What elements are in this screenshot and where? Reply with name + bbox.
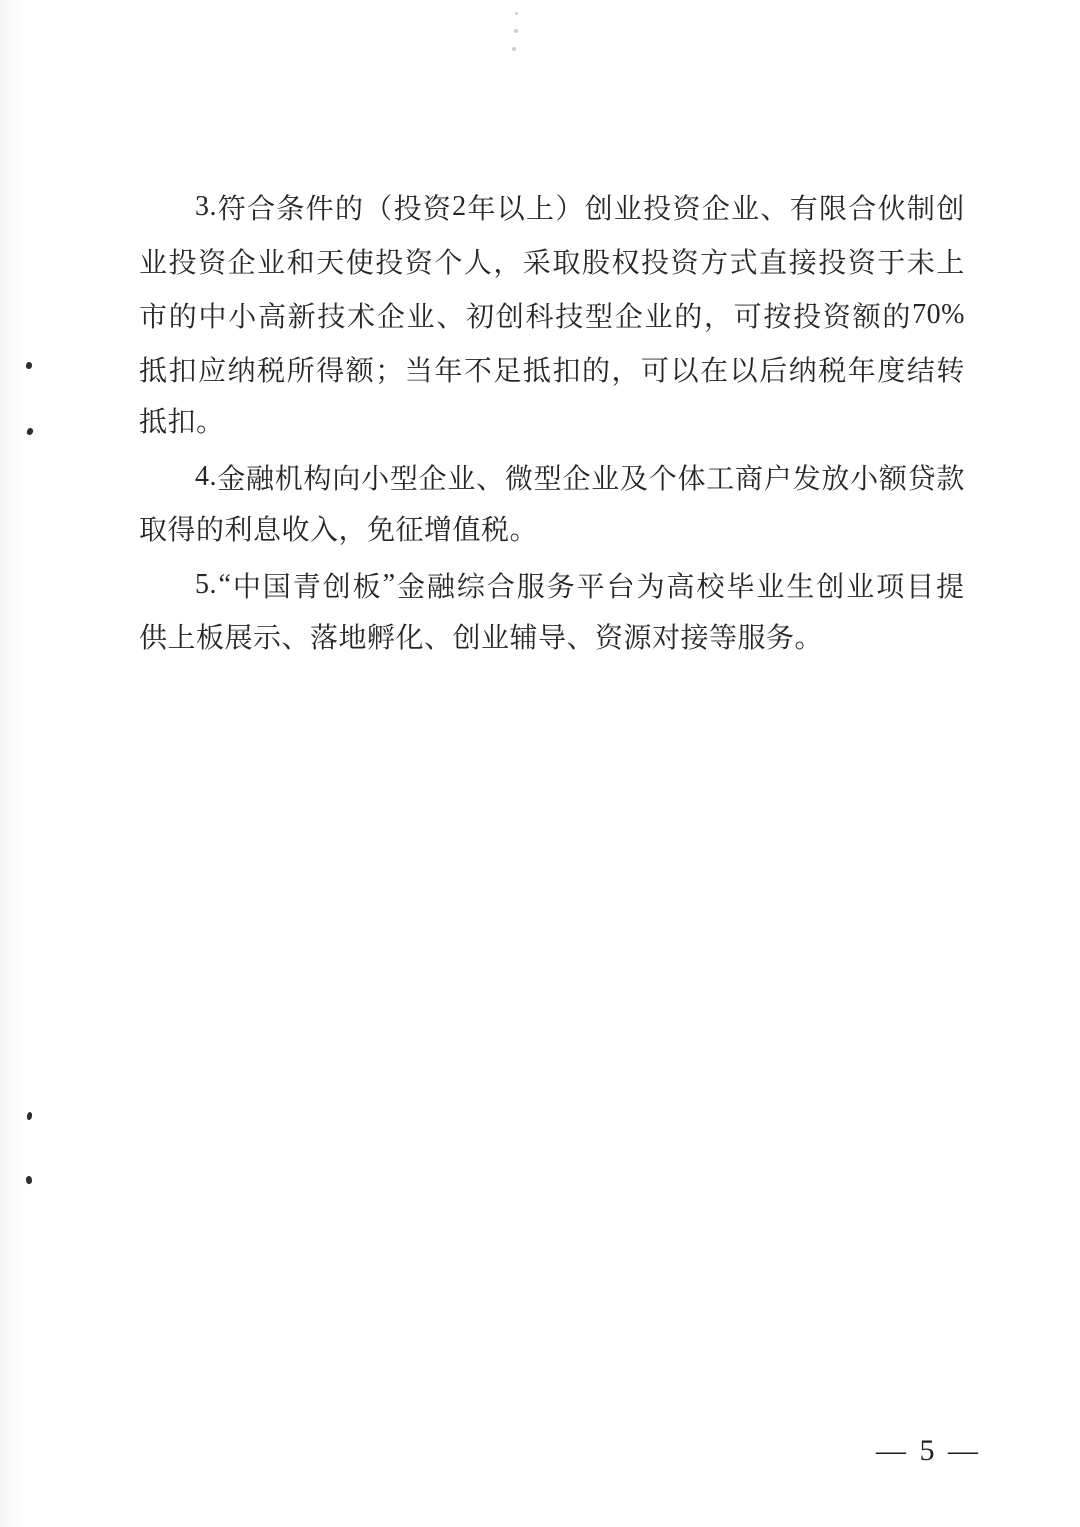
body-line: 5.“中国青创板”金融综合服务平台为高校毕业生创业项目提	[139, 558, 965, 612]
scan-speck	[26, 1112, 32, 1121]
body-line: 抵扣应纳税所得额；当年不足抵扣的，可以在以后纳税年度结转	[139, 342, 965, 396]
body-line: 抵扣。	[139, 396, 965, 450]
scan-edge-shade	[0, 0, 26, 1527]
document-body: 3.符合条件的（投资2年以上）创业投资企业、有限合伙制创 业投资企业和天使投资个…	[139, 180, 965, 666]
page-number: — 5 —	[876, 1434, 981, 1468]
scan-speck	[26, 427, 34, 436]
body-line: 4.金融机构向小型企业、微型企业及个体工商户发放小额贷款	[139, 450, 965, 504]
paragraph-item-3: 3.符合条件的（投资2年以上）创业投资企业、有限合伙制创 业投资企业和天使投资个…	[139, 180, 965, 450]
scan-speck	[512, 47, 516, 51]
scan-speck	[515, 12, 518, 15]
body-line: 供上板展示、落地孵化、创业辅导、资源对接等服务。	[139, 612, 965, 666]
paragraph-item-5: 5.“中国青创板”金融综合服务平台为高校毕业生创业项目提 供上板展示、落地孵化、…	[139, 558, 965, 666]
scan-speck	[26, 362, 32, 369]
body-line: 取得的利息收入，免征增值税。	[139, 504, 965, 558]
body-line: 业投资企业和天使投资个人，采取股权投资方式直接投资于未上	[139, 234, 965, 288]
scan-speck	[514, 29, 518, 33]
scan-speck	[25, 1175, 33, 1184]
body-line: 市的中小高新技术企业、初创科技型企业的，可按投资额的70%	[139, 288, 965, 342]
document-page: 3.符合条件的（投资2年以上）创业投资企业、有限合伙制创 业投资企业和天使投资个…	[0, 0, 1080, 1527]
body-line: 3.符合条件的（投资2年以上）创业投资企业、有限合伙制创	[139, 180, 965, 234]
paragraph-item-4: 4.金融机构向小型企业、微型企业及个体工商户发放小额贷款 取得的利息收入，免征增…	[139, 450, 965, 558]
